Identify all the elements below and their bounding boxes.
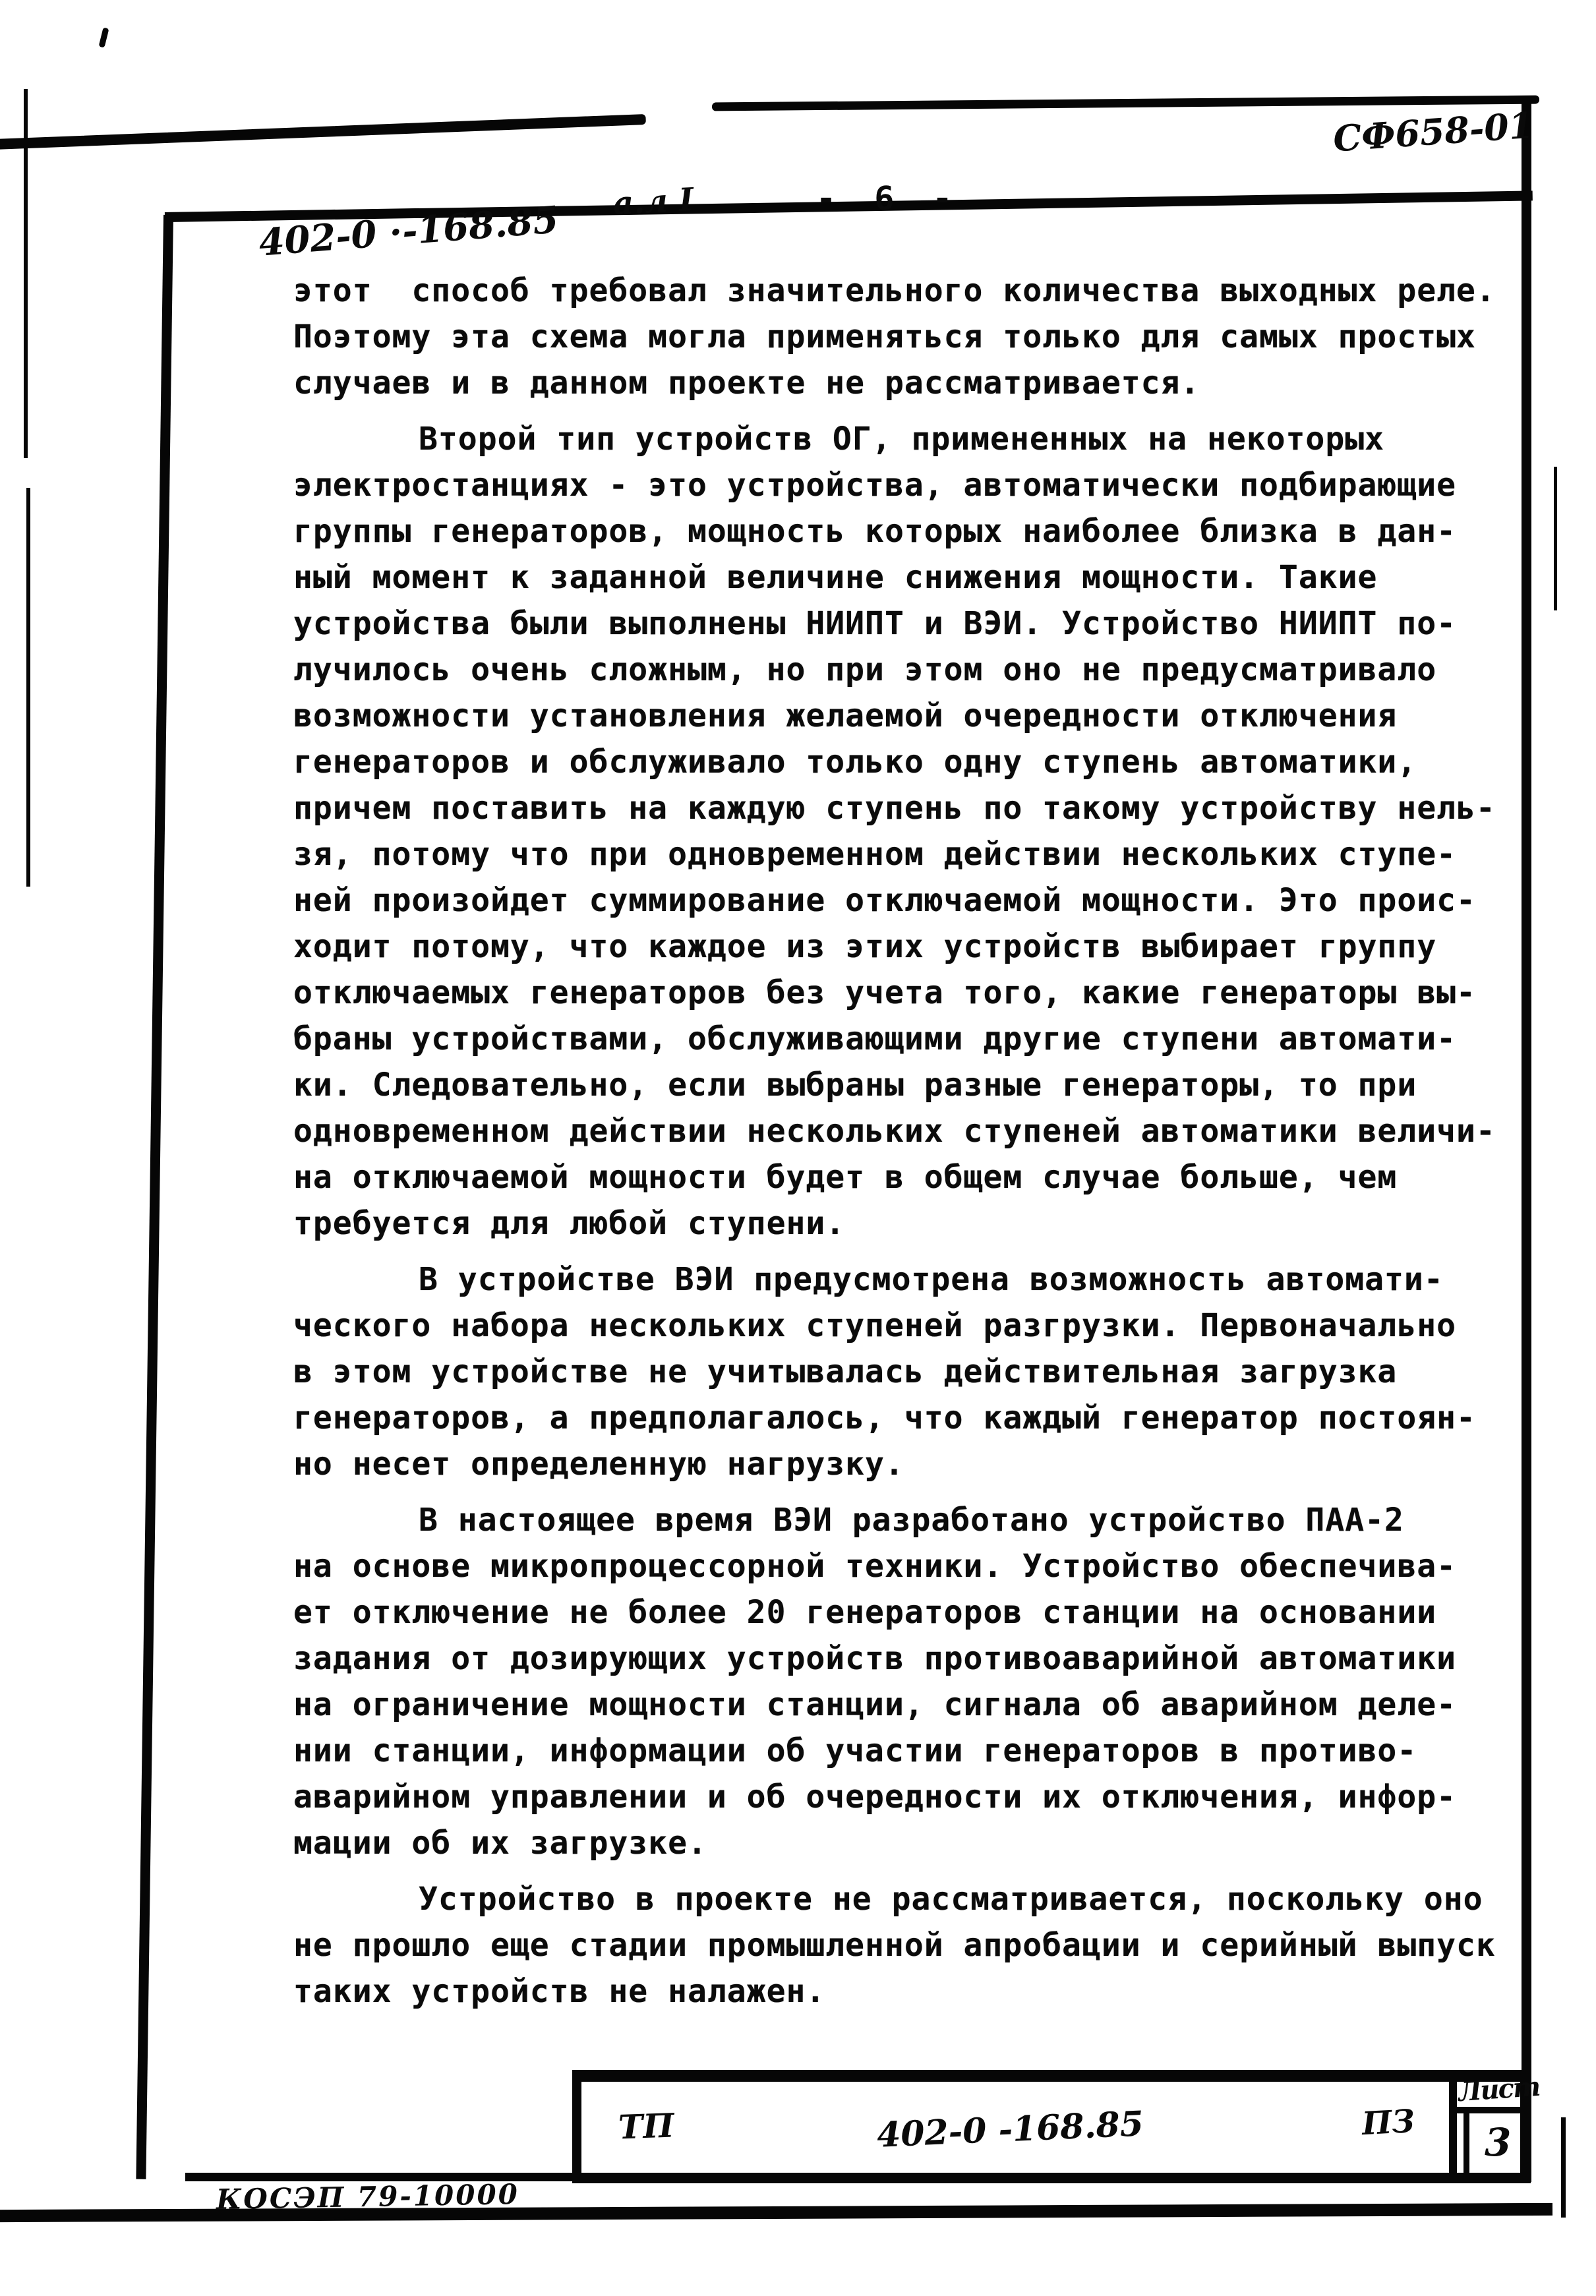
paragraph: Устройство в проекте не рассматривается,… <box>293 1876 1520 2015</box>
sheet-label: Лист <box>1458 2071 1541 2107</box>
footer-doc-number: 402-0 -168.85 <box>876 2104 1144 2156</box>
print-code: КОСЭП 79-10000 <box>216 2178 520 2216</box>
header-section-mark: а.л I <box>612 181 695 222</box>
sheet-number-box-left <box>1463 2109 1469 2181</box>
scanned-document-page: СФ658-01 402-0 ·-168.85 а.л I - 6 - этот… <box>0 0 1596 2296</box>
title-block-top-border <box>572 2070 1529 2082</box>
typed-text-block: этот способ требовал значительного колич… <box>293 268 1520 2015</box>
footer-code-tp: ТП <box>618 2106 674 2147</box>
sheet-number: 3 <box>1485 2120 1511 2165</box>
scan-edge-line-right <box>712 96 1539 111</box>
footer-code-pz: ПЗ <box>1361 2103 1416 2142</box>
apostrophe-artifact <box>99 27 109 47</box>
right-margin-streak-lower <box>1561 2117 1566 2218</box>
sheet-cell-divider <box>1449 2107 1531 2113</box>
paragraph: Второй тип устройств ОГ, примененных на … <box>293 416 1520 1247</box>
archive-stamp: СФ658-01 <box>1332 103 1535 160</box>
sheet-edge-left-lower <box>26 488 30 887</box>
frame-left-border <box>136 215 173 2179</box>
page-number: - 6 - <box>816 179 962 218</box>
title-block-left-border <box>572 2070 581 2183</box>
paragraph: этот способ требовал значительного колич… <box>293 268 1520 406</box>
sheet-column-divider <box>1449 2070 1457 2183</box>
right-margin-streak-upper <box>1554 467 1557 610</box>
paragraph: В устройстве ВЭИ предусмотрена возможнос… <box>293 1256 1520 1487</box>
sheet-edge-left-upper <box>24 89 28 458</box>
frame-right-border <box>1522 100 1531 2182</box>
scan-edge-line-left <box>0 114 646 150</box>
paragraph: В настоящее время ВЭИ разработано устрой… <box>293 1497 1520 1866</box>
title-block-bottom-border <box>572 2173 1529 2183</box>
